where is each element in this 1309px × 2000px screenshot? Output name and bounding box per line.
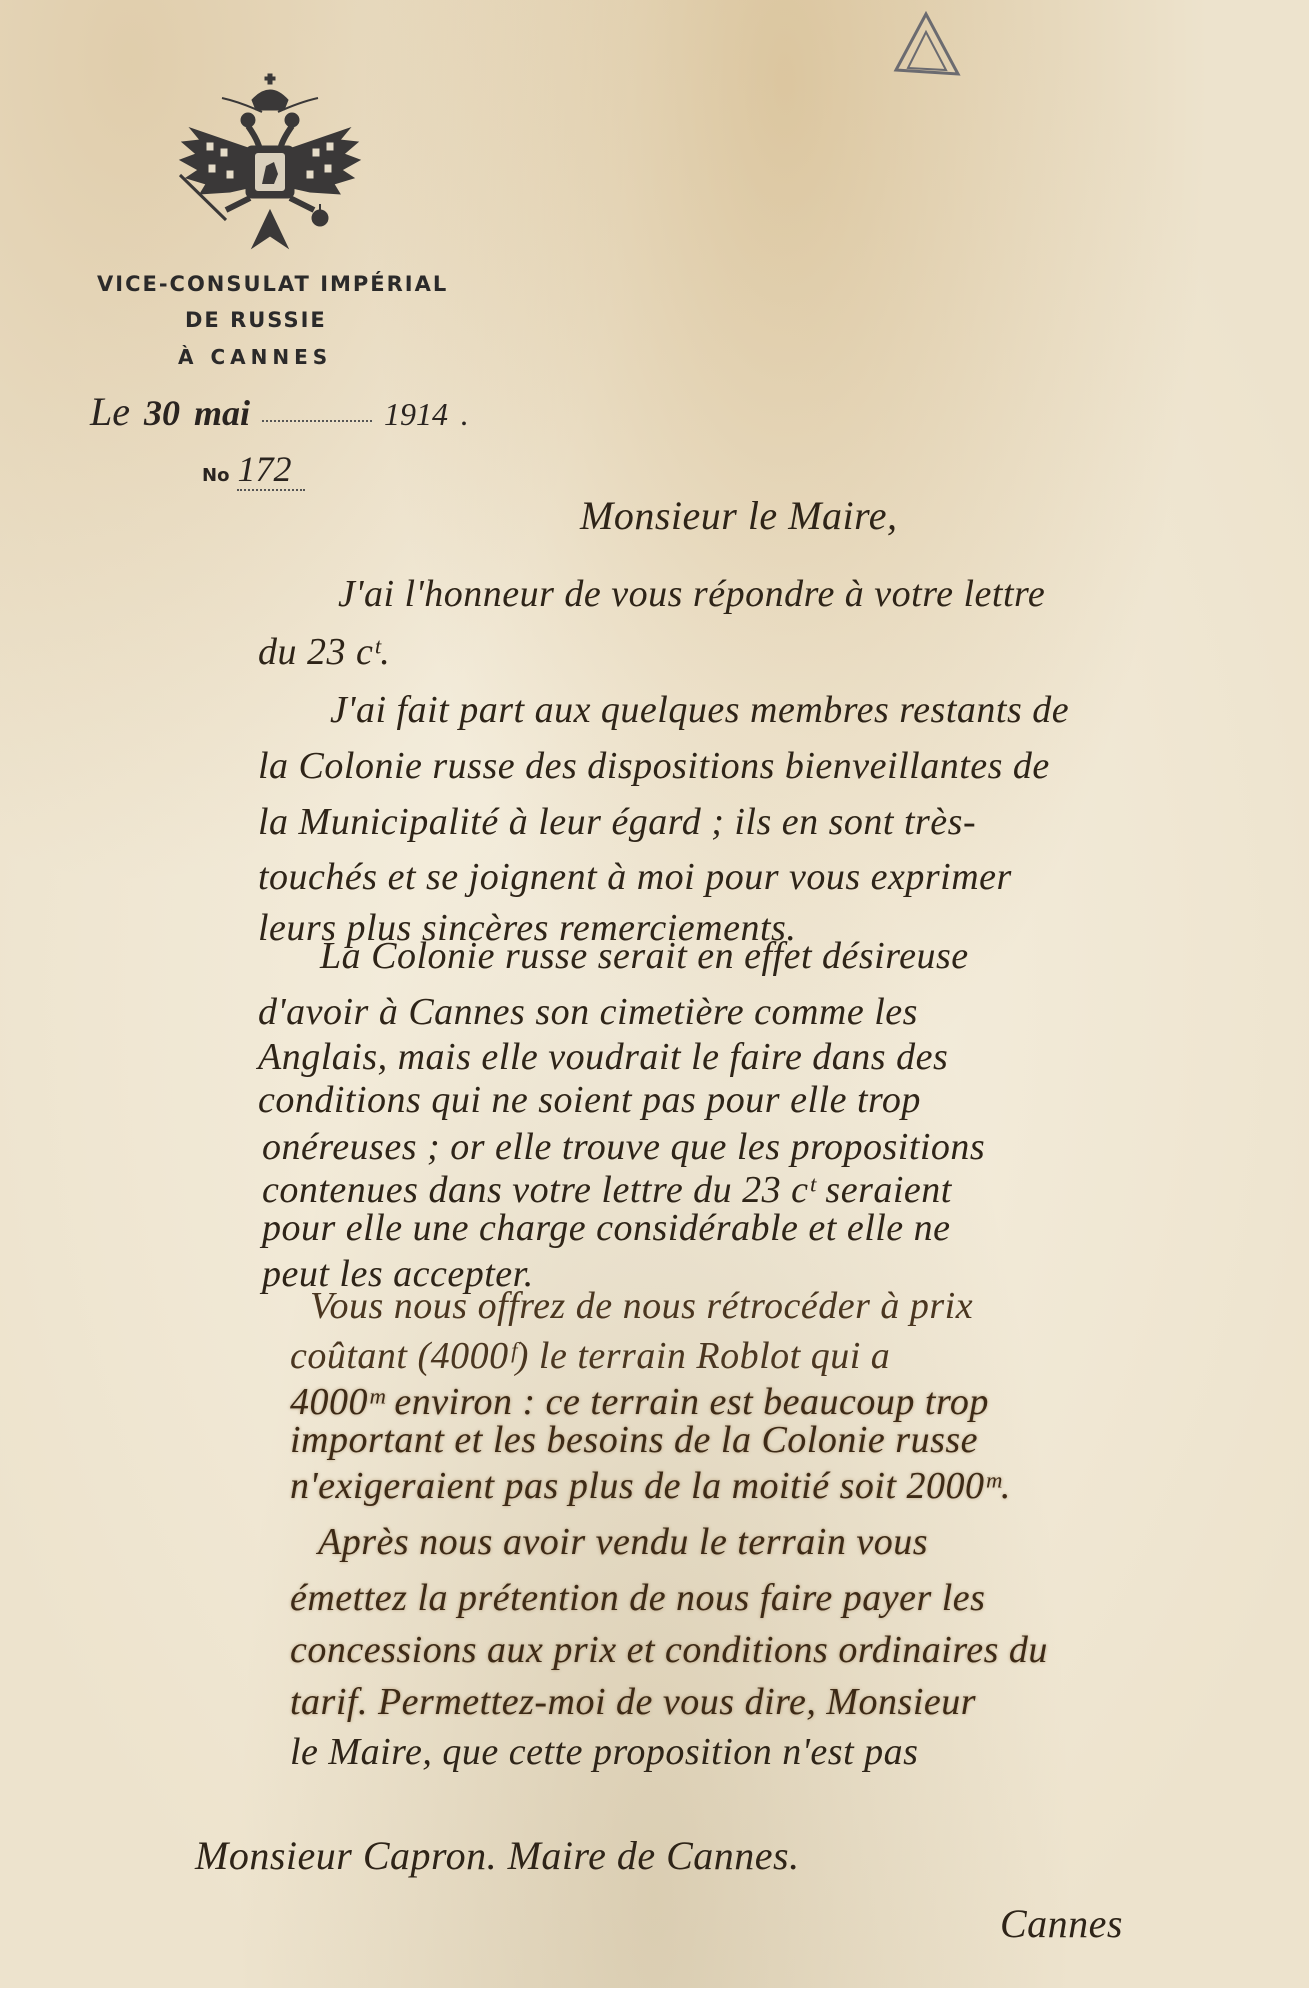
body-line: important et les besoins de la Colonie r… bbox=[290, 1418, 978, 1462]
reference-number: No 172 bbox=[202, 448, 305, 490]
date-day: 30 bbox=[144, 393, 180, 433]
body-line: tarif. Permettez-moi de vous dire, Monsi… bbox=[290, 1680, 976, 1724]
body-line: Après nous avoir vendu le terrain vous bbox=[318, 1520, 928, 1564]
body-line: J'ai l'honneur de vous répondre à votre … bbox=[338, 572, 1045, 616]
body-line: d'avoir à Cannes son cimetière comme les bbox=[258, 990, 918, 1034]
date-year: 1914 bbox=[384, 396, 448, 432]
addressee-line: Monsieur Capron. Maire de Cannes. bbox=[195, 1832, 800, 1879]
salutation: Monsieur le Maire, bbox=[580, 492, 897, 539]
date-line: Le 30 mai 1914 . bbox=[90, 388, 468, 435]
letterhead-line-1: VICE-CONSULAT IMPÉRIAL bbox=[97, 272, 448, 296]
body-line: coûtant (4000ᶠ) le terrain Roblot qui a bbox=[290, 1334, 890, 1378]
body-line: la Municipalité à leur égard ; ils en so… bbox=[258, 800, 976, 844]
date-dotted-rule bbox=[262, 420, 372, 422]
body-line: concessions aux prix et conditions ordin… bbox=[290, 1628, 1048, 1672]
reference-value: 172 bbox=[237, 449, 305, 491]
addressee-city: Cannes bbox=[1000, 1900, 1123, 1947]
reference-label: No bbox=[202, 465, 229, 486]
scan-border bbox=[0, 1988, 1309, 2000]
body-line: onéreuses ; or elle trouve que les propo… bbox=[262, 1125, 985, 1169]
body-line: pour elle une charge considérable et ell… bbox=[262, 1206, 951, 1250]
body-line: touchés et se joignent à moi pour vous e… bbox=[258, 855, 1012, 899]
letterhead-line-3: À CANNES bbox=[178, 345, 332, 369]
body-line: Vous nous offrez de nous rétrocéder à pr… bbox=[310, 1284, 973, 1328]
letter-page: VICE-CONSULAT IMPÉRIAL DE RUSSIE À CANNE… bbox=[0, 0, 1309, 2000]
double-headed-eagle-crest-icon bbox=[170, 70, 370, 260]
date-prefix: Le bbox=[90, 389, 130, 434]
date-terminator: . bbox=[460, 396, 468, 432]
body-line: émettez la prétention de nous faire paye… bbox=[290, 1576, 985, 1620]
body-line: Anglais, mais elle voudrait le faire dan… bbox=[258, 1035, 948, 1079]
date-month: mai bbox=[194, 393, 250, 433]
letterhead-line-2: DE RUSSIE bbox=[185, 308, 327, 332]
body-line: la Colonie russe des dispositions bienve… bbox=[258, 744, 1050, 788]
body-line: conditions qui ne soient pas pour elle t… bbox=[258, 1078, 921, 1122]
body-line: le Maire, que cette proposition n'est pa… bbox=[290, 1730, 918, 1774]
body-line: La Colonie russe serait en effet désireu… bbox=[320, 934, 969, 978]
pencil-triangle-mark bbox=[890, 10, 962, 78]
body-line: du 23 cᵗ. bbox=[258, 630, 390, 674]
body-line: n'exigeraient pas plus de la moitié soit… bbox=[290, 1464, 1011, 1508]
body-line: J'ai fait part aux quelques membres rest… bbox=[330, 688, 1069, 732]
